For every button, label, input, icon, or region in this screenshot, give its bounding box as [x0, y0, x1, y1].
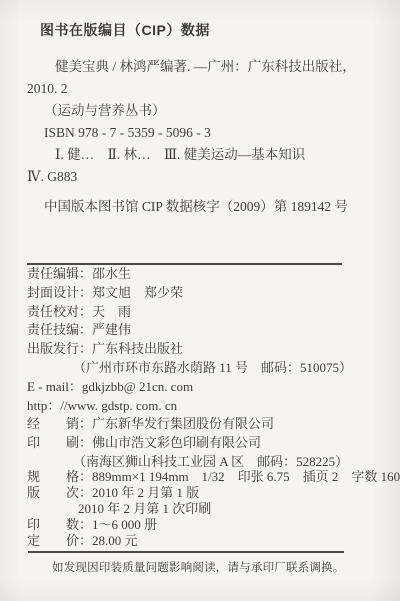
colophon-value: 广东新华发行集团股份有限公司	[92, 416, 274, 431]
cip-line-title-author: 健美宝典 / 林鸿严编著. —广州：广东科技出版社，	[27, 56, 388, 78]
colophon-separator: ：	[79, 266, 92, 281]
colophon-separator: ：	[79, 322, 92, 337]
colophon-label: 定 价	[27, 533, 79, 548]
colophon-row-print-count: 印 数：1～6 000 册	[27, 517, 394, 533]
copyright-page: 图书在版编目（CIP）数据 健美宝典 / 林鸿严编著. —广州：广东科技出版社，…	[0, 0, 400, 601]
cip-line-classification: Ⅳ. G883	[27, 166, 388, 188]
colophon-label: 责任校对	[27, 304, 79, 319]
colophon-separator: ：	[79, 304, 92, 319]
colophon-row-proofreader: 责任校对：天 雨	[27, 303, 390, 322]
colophon-value: 1～6 000 册	[92, 517, 157, 532]
colophon-value: 邵水生	[92, 266, 131, 281]
colophon-value: 佛山市浩文彩色印刷有限公司	[92, 435, 261, 450]
colophon-label: 印 数	[27, 517, 79, 532]
colophon-label: 规 格	[27, 469, 79, 484]
colophon-value: //www. gdstp. com. cn	[60, 398, 177, 413]
colophon-block-lower: 规 格：889mm×1 194mm 1/32 印张 6.75 插页 2 字数 1…	[27, 469, 394, 549]
colophon-separator: ：	[69, 379, 82, 394]
colophon-label: E - mail	[27, 379, 69, 394]
colophon-separator: ：	[79, 517, 92, 532]
cip-line-subjects: Ⅰ. 健… Ⅱ. 林… Ⅲ. 健美运动—基本知识	[27, 144, 388, 166]
colophon-value: 严建伟	[92, 322, 131, 337]
colophon-separator: ：	[79, 469, 92, 484]
colophon-row-price: 定 价：28.00 元	[27, 533, 394, 549]
colophon-separator: ：	[79, 416, 92, 431]
colophon-value: 2010 年 2 月第 1 版	[92, 485, 199, 500]
colophon-block-upper: 责任编辑：邵水生 封面设计：郑文旭 郑少荣 责任校对：天 雨 责任技编：严建伟 …	[27, 265, 390, 472]
colophon-row-email: E - mail：gdkjzbb@ 21cn. com	[27, 378, 390, 397]
quality-notice: 如发现因印装质量问题影响阅读，请与承印厂联系调换。	[52, 560, 345, 576]
colophon-row-edition: 版 次：2010 年 2 月第 1 版	[27, 485, 394, 501]
cip-data-block: 健美宝典 / 林鸿严编著. —广州：广东科技出版社， 2010. 2 （运动与营…	[27, 56, 388, 218]
cip-line-series: （运动与营养丛书）	[27, 100, 388, 122]
separator-rule-bottom	[28, 551, 344, 553]
colophon-label: http	[27, 398, 47, 413]
colophon-value: 天 雨	[92, 304, 131, 319]
colophon-label: 出版发行	[27, 341, 79, 356]
colophon-row-website: http：//www. gdstp. com. cn	[27, 397, 390, 416]
colophon-row-publisher: 出版发行：广东科技出版社	[27, 340, 390, 359]
cip-line-year: 2010. 2	[27, 78, 388, 100]
colophon-label: 封面设计	[27, 285, 79, 300]
colophon-publisher-address: （广州市环市东路水荫路 11 号 邮码：510075）	[27, 359, 390, 378]
colophon-row-cover-design: 封面设计：郑文旭 郑少荣	[27, 284, 390, 303]
colophon-row-format: 规 格：889mm×1 194mm 1/32 印张 6.75 插页 2 字数 1…	[27, 469, 394, 485]
colophon-label: 责任技编	[27, 322, 79, 337]
colophon-label: 印 刷	[27, 435, 79, 450]
colophon-value: 889mm×1 194mm 1/32 印张 6.75 插页 2 字数 160 千	[92, 469, 400, 484]
colophon-row-distributor: 经 销：广东新华发行集团股份有限公司	[27, 415, 390, 434]
colophon-value: gdkjzbb@ 21cn. com	[82, 379, 193, 394]
colophon-label: 经 销	[27, 416, 79, 431]
colophon-row-technical-editor: 责任技编：严建伟	[27, 321, 390, 340]
colophon-separator: ：	[79, 485, 92, 500]
colophon-value: 郑文旭 郑少荣	[92, 285, 183, 300]
colophon-value: 广东科技出版社	[92, 341, 183, 356]
colophon-separator: ：	[79, 533, 92, 548]
colophon-row-printer: 印 刷：佛山市浩文彩色印刷有限公司	[27, 434, 390, 453]
colophon-row-editor: 责任编辑：邵水生	[27, 265, 390, 284]
cip-line-isbn: ISBN 978 - 7 - 5359 - 5096 - 3	[27, 122, 388, 144]
colophon-value: 28.00 元	[92, 533, 138, 548]
colophon-separator: ：	[79, 435, 92, 450]
colophon-separator: ：	[79, 341, 92, 356]
colophon-printing-run-line: 2010 年 2 月第 1 次印刷	[27, 501, 394, 517]
colophon-label: 责任编辑	[27, 266, 79, 281]
colophon-separator: ：	[47, 398, 60, 413]
colophon-separator: ：	[79, 285, 92, 300]
colophon-label: 版 次	[27, 485, 79, 500]
cip-record-number: 中国版本图书馆 CIP 数据核字（2009）第 189142 号	[27, 196, 388, 218]
cip-heading: 图书在版编目（CIP）数据	[40, 20, 210, 40]
